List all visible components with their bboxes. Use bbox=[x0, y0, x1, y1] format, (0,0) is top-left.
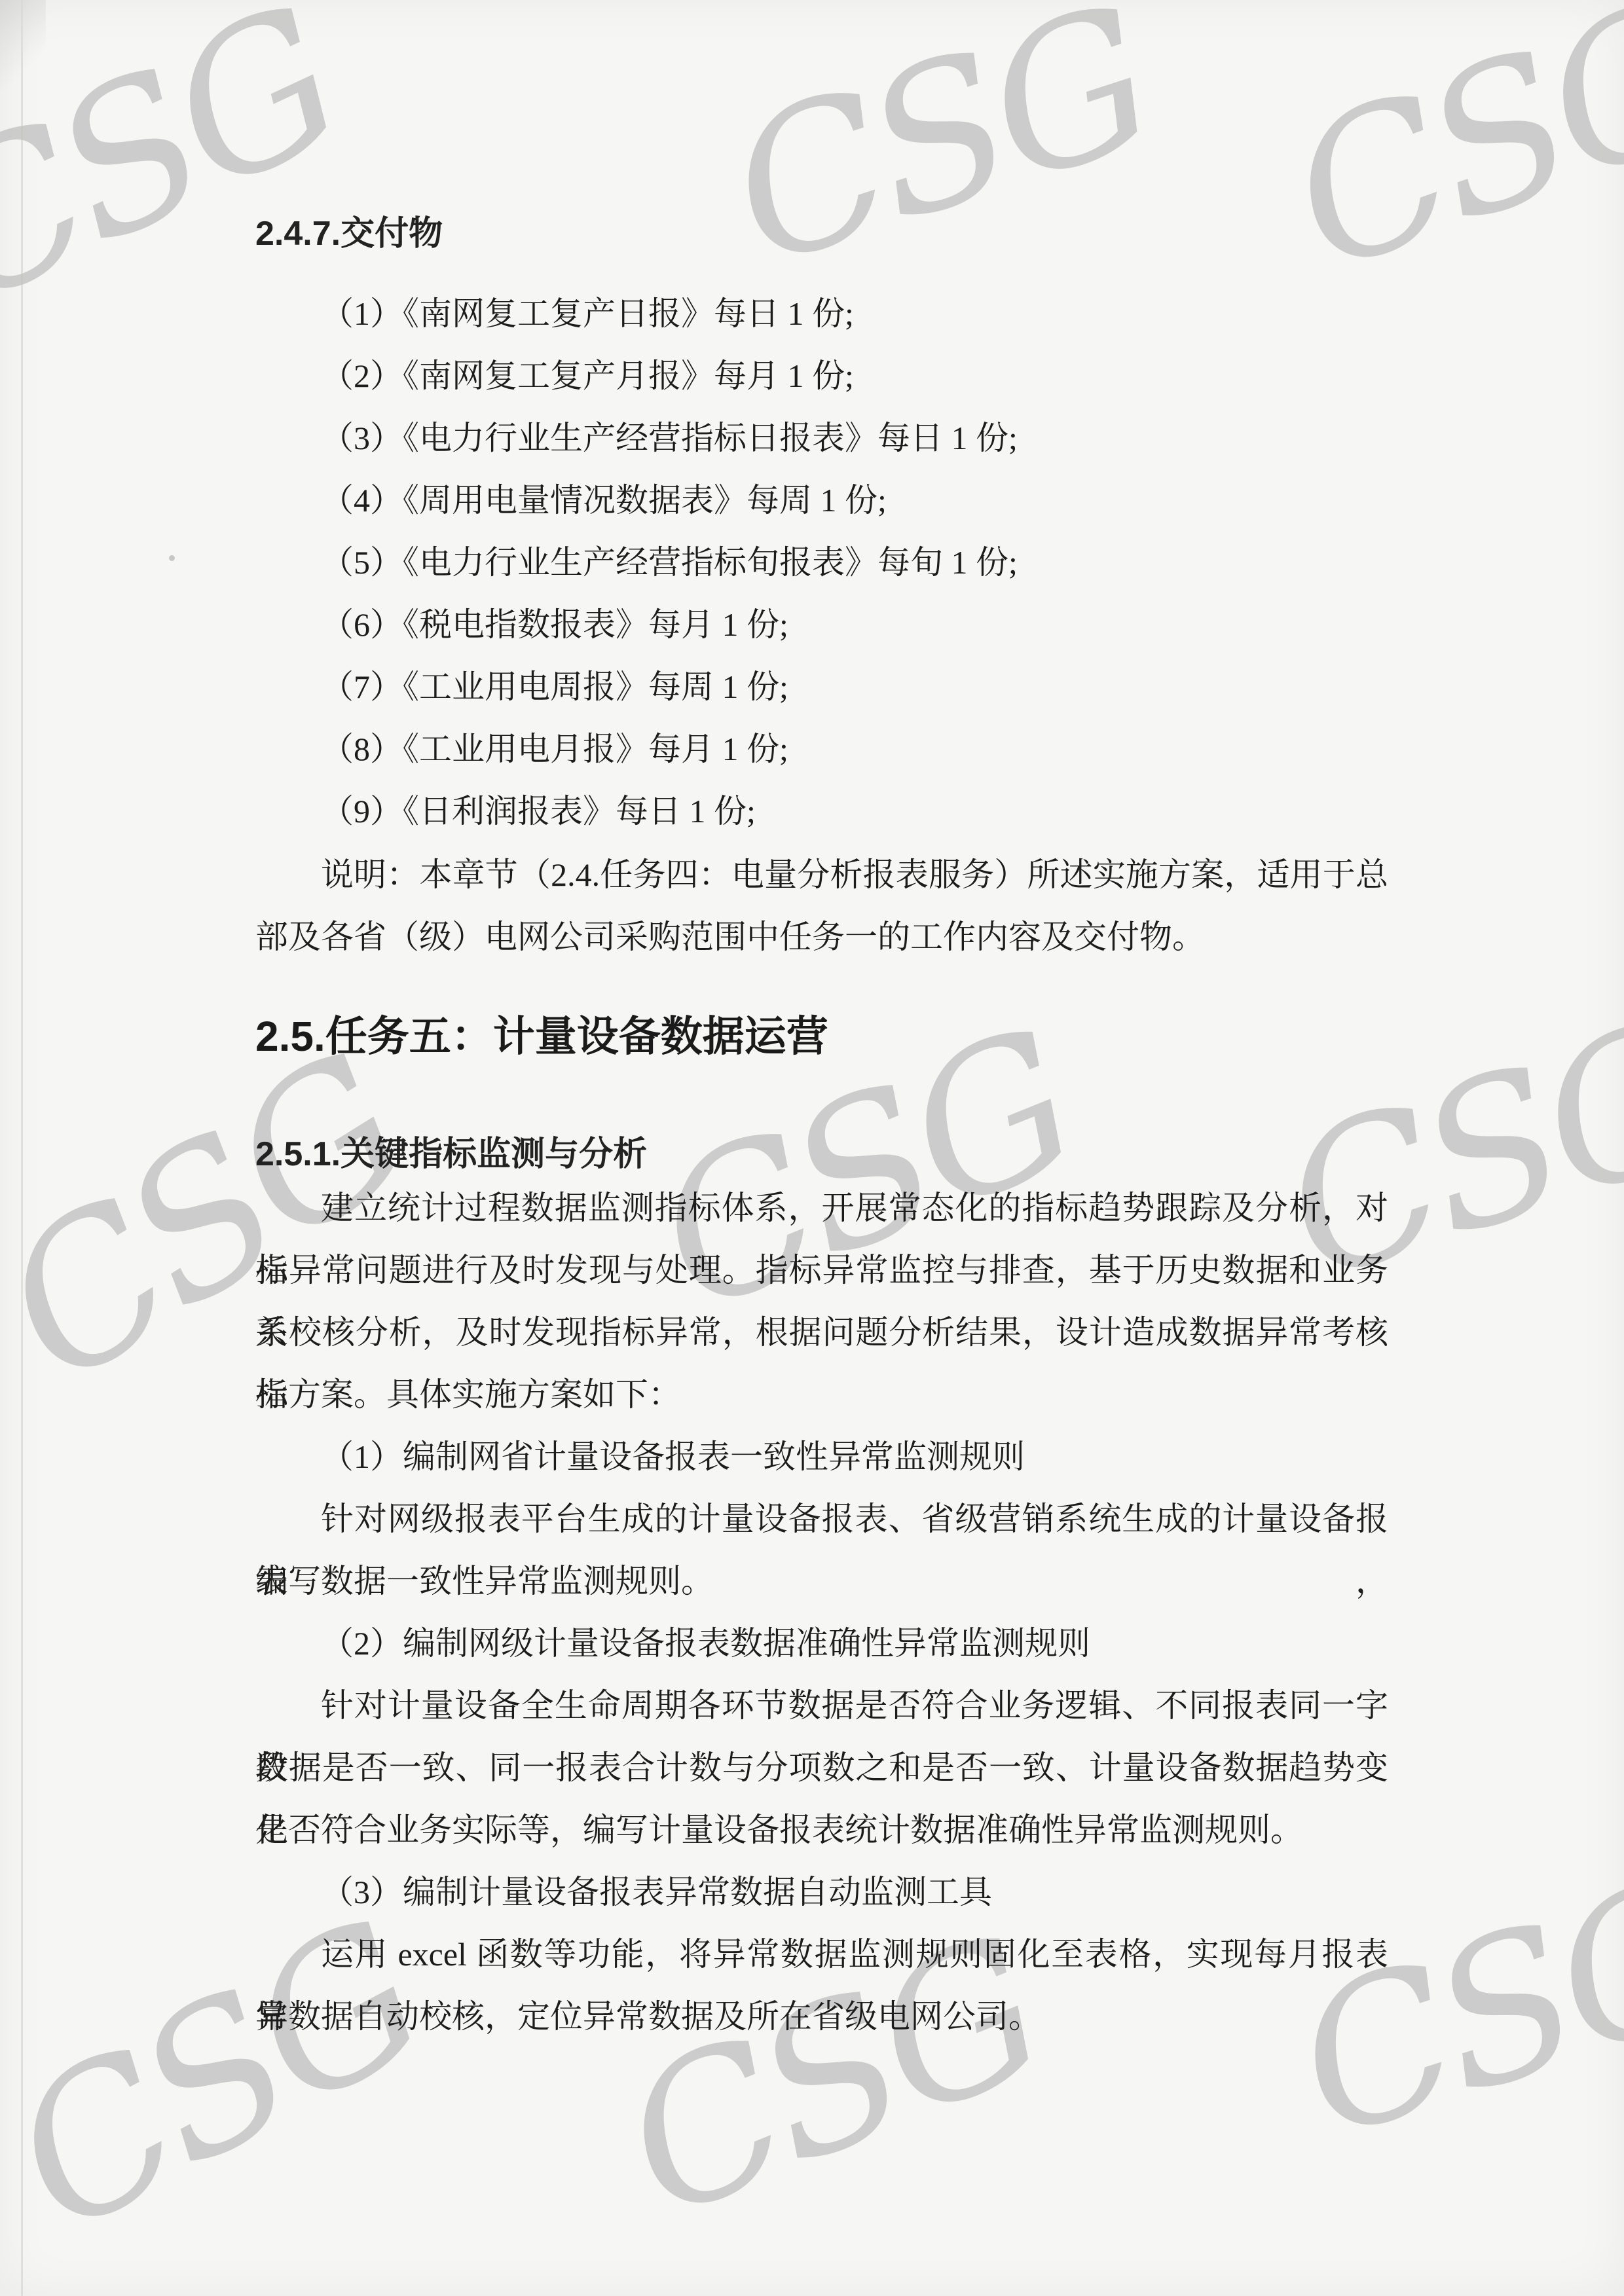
body-line-12: （3）编制计量设备报表异常数据自动监测工具 bbox=[255, 1861, 1388, 1923]
body-line-8: （2）编制网级计量设备报表数据准确性异常监测规则 bbox=[255, 1613, 1388, 1675]
body-line-13: 运用 excel 函数等功能，将异常数据监测规则固化至表格，实现每月报表异 bbox=[255, 1923, 1388, 1986]
deliverable-item-2: （2）《南网复工复产月报》每月 1 份; bbox=[255, 345, 1388, 407]
body-line-11: 是否符合业务实际等，编写计量设备报表统计数据准确性异常监测规则。 bbox=[255, 1799, 1388, 1861]
document-page: CSG CSG CSG CSG CSG CSG CSG CSG CSG 2.4.… bbox=[0, 0, 1624, 2296]
body-line-3: 系校核分析，及时发现指标异常，根据问题分析结果，设计造成数据异常考核指 bbox=[255, 1302, 1388, 1364]
deliverable-item-7: （7）《工业用电周报》每周 1 份; bbox=[255, 656, 1388, 718]
deliverable-item-8: （8）《工业用电月报》每月 1 份; bbox=[255, 718, 1388, 780]
body-line-10: 数据是否一致、同一报表合计数与分项数之和是否一致、计量设备数据趋势变化 bbox=[255, 1737, 1388, 1799]
body-line-7: 编写数据一致性异常监测规则。 bbox=[255, 1550, 1388, 1613]
deliverable-item-1: （1）《南网复工复产日报》每日 1 份; bbox=[255, 283, 1388, 345]
scan-speck bbox=[169, 555, 175, 561]
body-line-9: 针对计量设备全生命周期各环节数据是否符合业务逻辑、不同报表同一字段 bbox=[255, 1675, 1388, 1737]
section-heading-2-4-7: 2.4.7.交付物 bbox=[255, 203, 1388, 265]
body-line-4: 标方案。具体实施方案如下： bbox=[255, 1364, 1388, 1426]
body-line-1: 建立统计过程数据监测指标体系，开展常态化的指标趋势跟踪及分析，对指 bbox=[255, 1177, 1388, 1239]
document-content: 2.4.7.交付物 （1）《南网复工复产日报》每日 1 份; （2）《南网复工复… bbox=[255, 0, 1388, 2296]
body-line-5: （1）编制网省计量设备报表一致性异常监测规则 bbox=[255, 1426, 1388, 1488]
body-line-2: 标异常问题进行及时发现与处理。指标异常监控与排查，基于历史数据和业务关 bbox=[255, 1239, 1388, 1302]
note-line-1: 说明：本章节（2.4.任务四：电量分析报表服务）所述实施方案，适用于总 bbox=[255, 844, 1388, 906]
note-line-2: 部及各省（级）电网公司采购范围中任务一的工作内容及交付物。 bbox=[255, 906, 1388, 968]
scan-edge-line bbox=[21, 0, 23, 2296]
deliverable-item-9: （9）《日利润报表》每日 1 份; bbox=[255, 780, 1388, 843]
subsection-heading-2-5-1: 2.5.1.关键指标监测与分析 bbox=[255, 1123, 1388, 1186]
deliverable-item-3: （3）《电力行业生产经营指标日报表》每日 1 份; bbox=[255, 407, 1388, 469]
body-line-14: 常数据自动校核，定位异常数据及所在省级电网公司。 bbox=[255, 1986, 1388, 2048]
deliverable-item-4: （4）《周用电量情况数据表》每周 1 份; bbox=[255, 469, 1388, 532]
section-heading-2-5: 2.5.任务五：计量设备数据运营 bbox=[255, 1000, 1388, 1072]
deliverable-item-5: （5）《电力行业生产经营指标旬报表》每旬 1 份; bbox=[255, 532, 1388, 594]
body-line-6: 针对网级报表平台生成的计量设备报表、省级营销系统生成的计量设备报表， bbox=[255, 1488, 1388, 1550]
deliverable-item-6: （6）《税电指数报表》每月 1 份; bbox=[255, 594, 1388, 656]
